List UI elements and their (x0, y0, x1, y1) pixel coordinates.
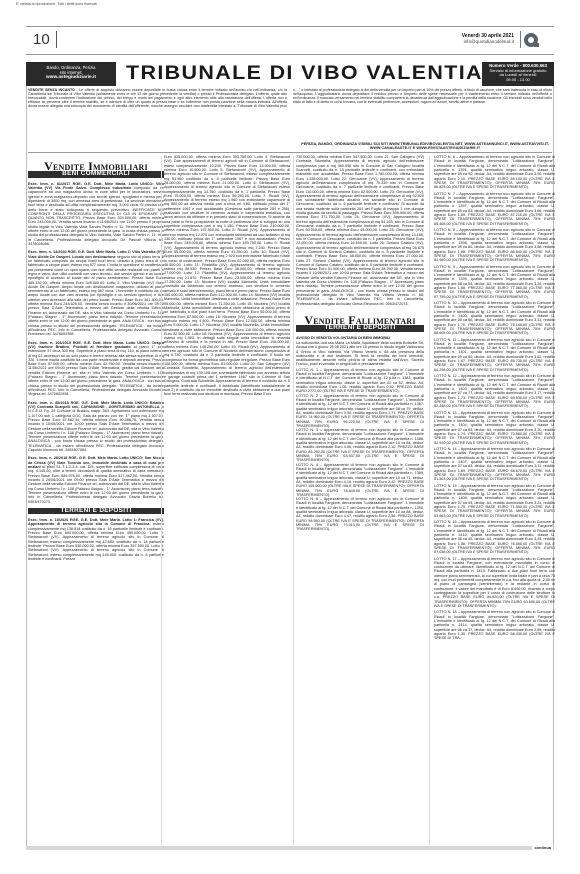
listing-continuation: 730.000,00, offerta minima Euro 547.500,… (296, 155, 424, 306)
lot-entry: LOTTO N. 18 – Appezzamento di terreno no… (434, 610, 555, 640)
intro-text: - Le offerte di acquisto dovranno essere… (28, 88, 552, 108)
lot-entry: LOTTO N. 11 – Appezzamento di terreno no… (434, 338, 555, 373)
column-divider (293, 156, 294, 846)
column-divider (161, 156, 162, 846)
listing-entry: Esec. Imm. n. 104/2019 RGE. G.E. Dott. M… (28, 341, 164, 397)
quotidiano-q-logo-icon (524, 33, 538, 47)
lot-entry: LOTTO N. 14 – Appezzamento di terreno no… (434, 447, 555, 482)
lot-entry: LOTTO N. 4 – Appezzamento di terreno non… (296, 463, 424, 498)
column-4: LOTTO N. 6 – Appezzamento di terreno non… (434, 155, 555, 843)
banner-website-link[interactable]: www.astegiudiziarie.it (26, 75, 116, 80)
category-bar-terreni-depositi: TERRENI E DEPOSITI (28, 508, 164, 514)
lot-entry: LOTTO N. 7 – Appezzamento di terreno non… (434, 192, 555, 227)
contact-email: info@quotidianodelsud.it (464, 39, 514, 44)
intro-divider (28, 152, 552, 153)
listing-entry: Esec. Imm. n. 15/2020 RGE. G.E. Dott. Me… (28, 518, 164, 561)
continue-label: continua (532, 845, 553, 850)
copyright-notice: E' vietata la riproduzione. Tutti i diri… (16, 2, 97, 6)
banner-info-box: Bando, Ordinanza, Perizia sito internet:… (26, 62, 116, 86)
lot-entry: LOTTO N. 5 – Appezzamento di terreno non… (296, 497, 424, 532)
column-2: Euro 525.000,00, offerta minima Euro 393… (164, 155, 290, 843)
lot-entry: LOTTO N. 17 – Appezzamento di terreno no… (434, 557, 555, 609)
footer-bar (26, 846, 554, 850)
column-divider (429, 156, 430, 846)
column-1: Vendite Immobiliari BENI COMMERCIALI Ese… (28, 156, 164, 565)
page-number: 10 (33, 31, 50, 48)
lot-entry: LOTTO N. 10 – Appezzamento di terreno no… (434, 301, 555, 336)
document-links: PERIZIA, BANDO, ORDINANZA VISIBILI SUI S… (300, 142, 550, 151)
lot-entry: LOTTO N. 3 – Appezzamento di terreno non… (296, 428, 424, 463)
title-banner: Bando, Ordinanza, Perizia sito internet:… (26, 62, 554, 86)
lot-entry: LOTTO N. 1 – Appezzamento di terreno non… (296, 368, 424, 394)
lot-entry: LOTTO N. 16 – Appezzamento di terreno no… (434, 520, 555, 555)
page-number-divider (56, 31, 57, 48)
section-title-vendite-fallimentari: Vendite Fallimentari (296, 318, 424, 322)
listing-entry: Esec. Imm. n. 26/2018 RGE. G.E. Dott. Me… (28, 456, 164, 503)
page-header: 10 Venerdì 30 aprile 2021 info@quotidian… (26, 27, 554, 54)
lot-entry: LOTTO N. 6 – Appezzamento di terreno non… (434, 155, 555, 190)
lot-entry: LOTTO N. 9 – Appezzamento di terreno non… (434, 265, 555, 300)
lot-entry: LOTTO N. 15 – Appezzamento di terreno no… (434, 484, 555, 519)
listing-entry: Esec. Imm. n. 14/2020 RGE. G.E. Dott. Me… (28, 250, 164, 336)
toll-free-box: Numero Verde - 800.630.663 Servizio di i… (482, 62, 554, 86)
lot-entry: LOTTO N. 2 – Appezzamento di terreno non… (296, 394, 424, 429)
section-title-vendite-immobiliari: Vendite Immobiliari (28, 164, 164, 168)
toll-free-hours: 09.00 - 13.00 (482, 78, 554, 83)
listing-entry: Esec. Imm. n. 81/2017 RGE. G.E. Dott. Me… (28, 182, 164, 247)
lot-entry: LOTTO N. 12 – Appezzamento di terreno no… (434, 374, 555, 409)
logo-divider (520, 31, 521, 48)
listing-entry: Esec. Imm. n. 85/2018 RGE. G.E. Dott. Me… (28, 401, 164, 453)
voluntary-sale-heading: AVVISO DI VENDITA VOLONTARIA DI BENI IMM… (296, 336, 424, 340)
lot-entry: LOTTO N. 13 – Appezzamento di terreno no… (434, 411, 555, 446)
lot-entry: LOTTO N. 8 – Appezzamento di terreno non… (434, 228, 555, 263)
header-bottom-rule (26, 54, 554, 55)
column-3: 730.000,00, offerta minima Euro 547.500,… (296, 155, 424, 843)
voluntary-sale-notice: La sottoscritta dott.ssa Maria La Malfa,… (296, 341, 424, 367)
listing-continuation: Euro 525.000,00, offerta minima Euro 393… (164, 155, 290, 397)
page-title: TRIBUNALE DI VIBO VALENTIA (126, 63, 483, 85)
